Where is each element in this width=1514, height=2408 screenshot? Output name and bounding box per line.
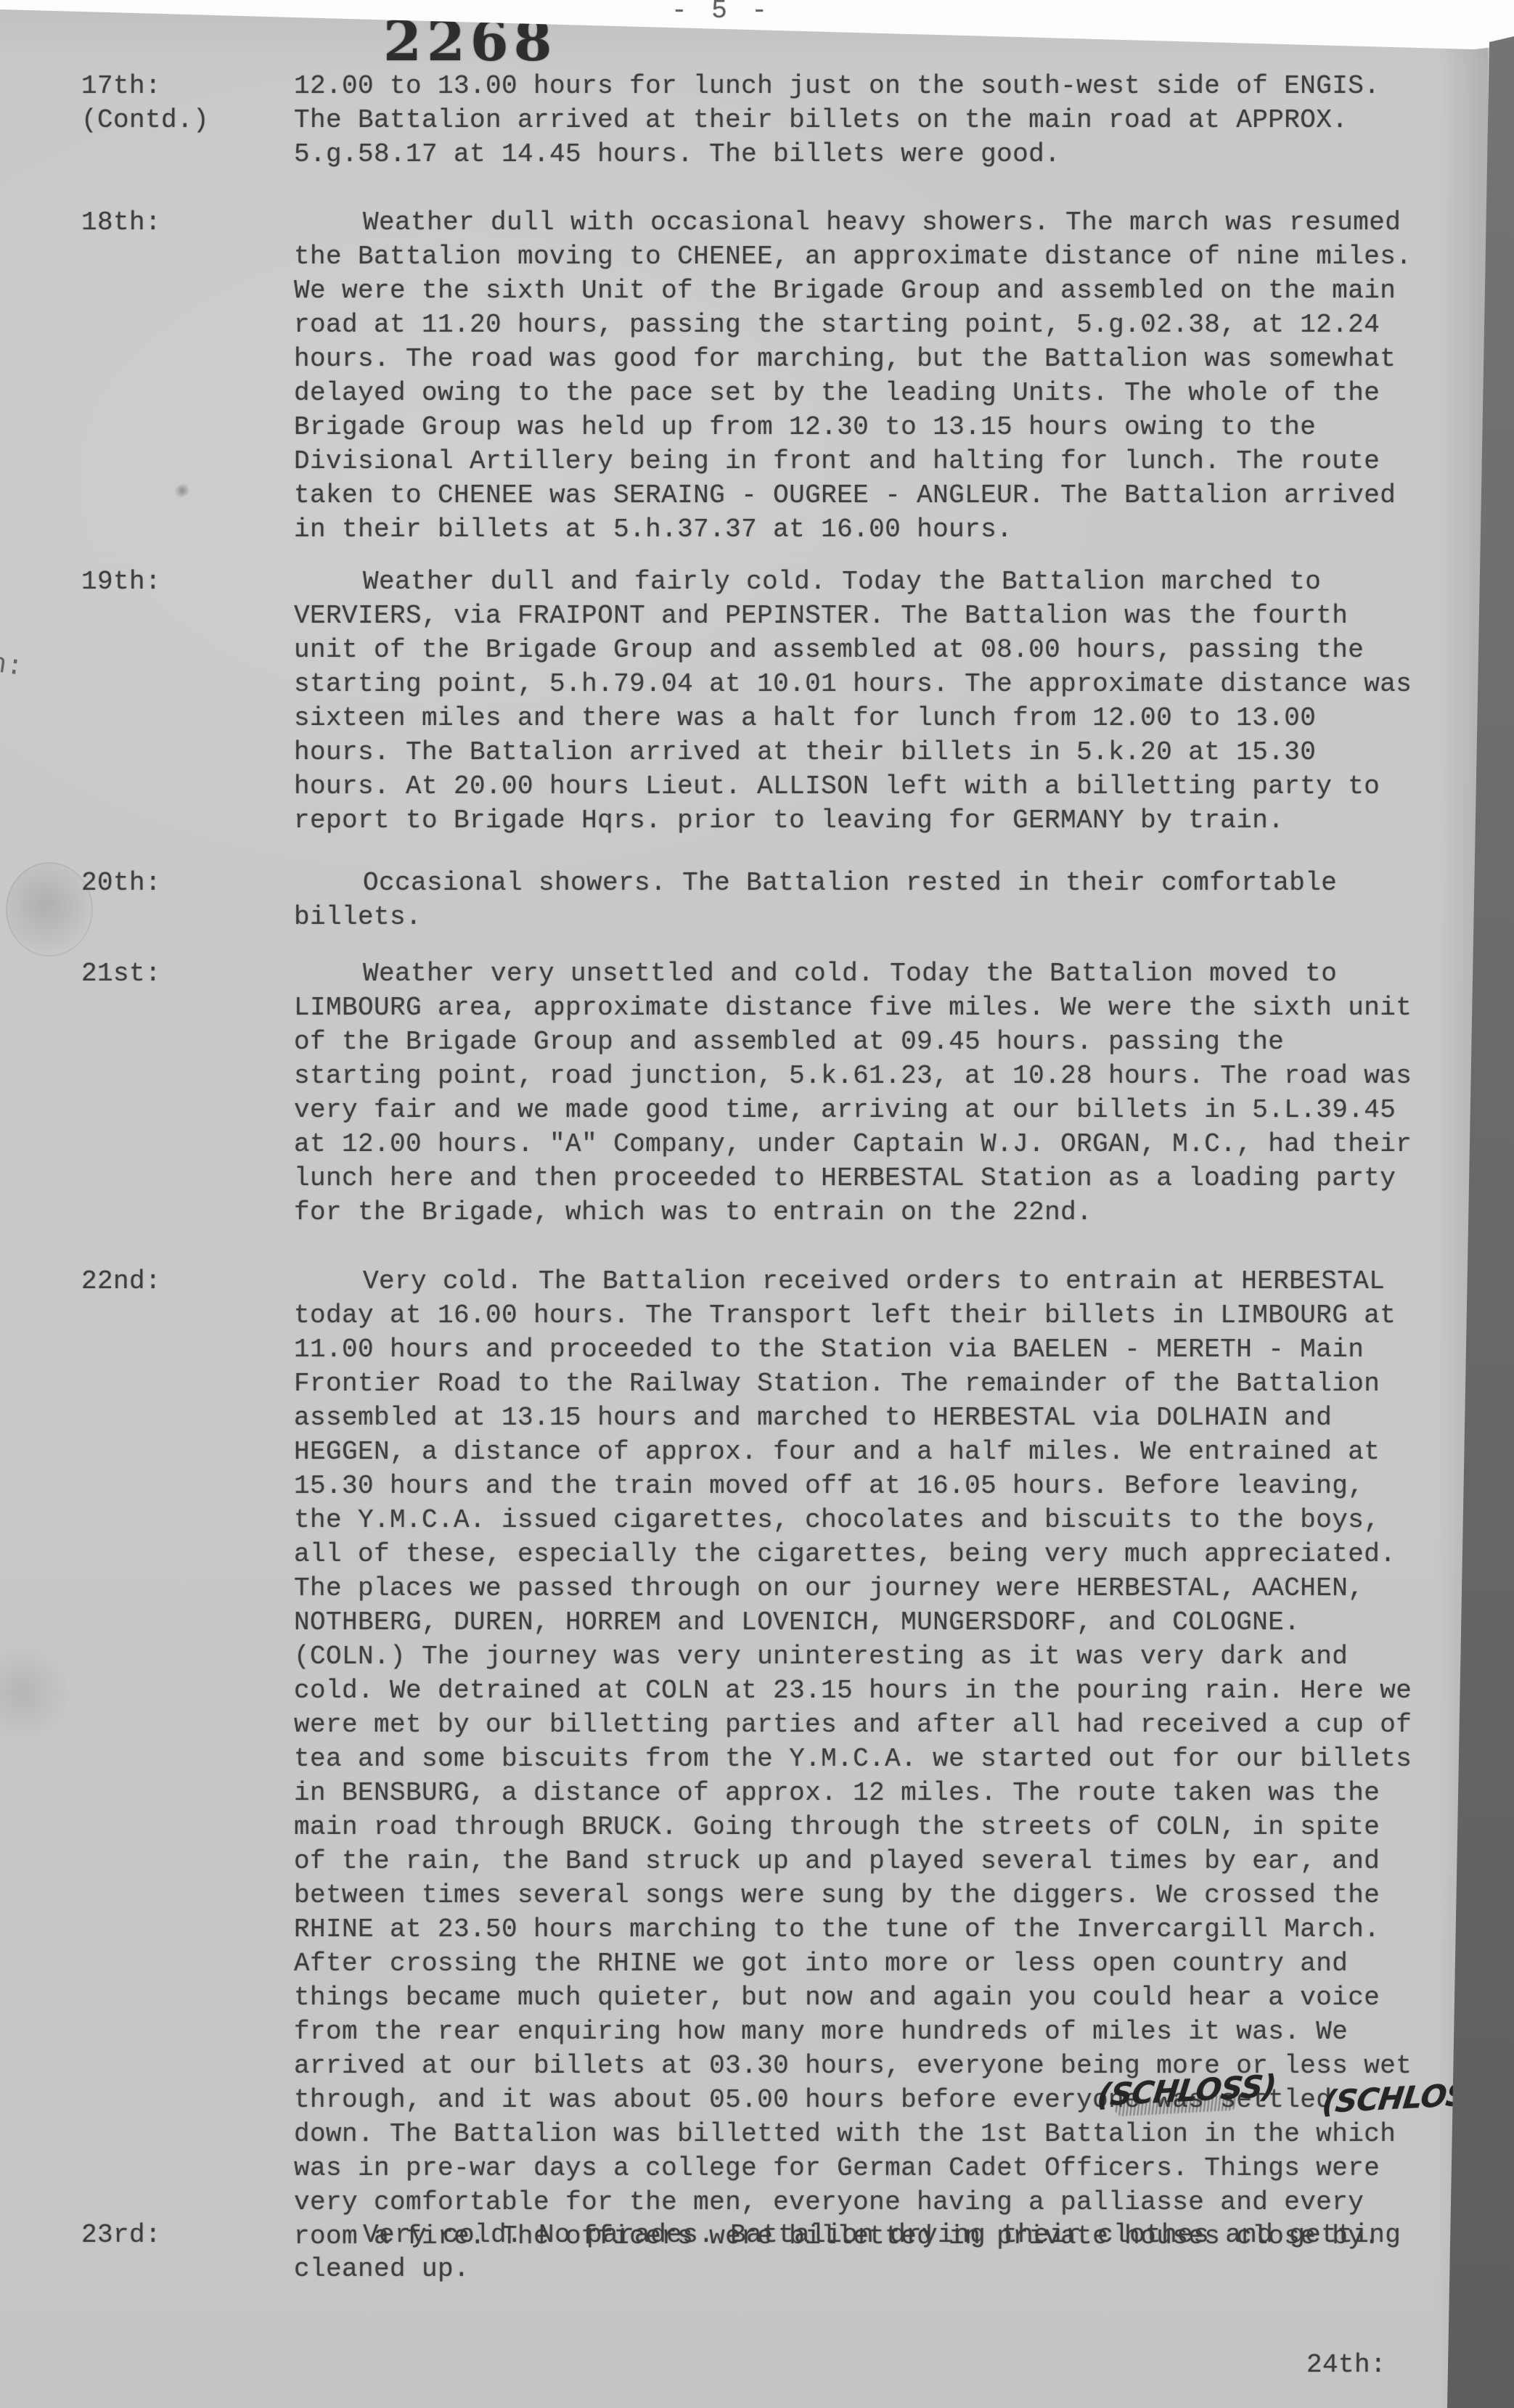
entry-date: 23rd: xyxy=(81,2218,277,2252)
entry-date: 19th: xyxy=(81,565,277,599)
entry-date: 22nd: xyxy=(81,1264,277,1298)
entry-text: Weather dull and fairly cold. Today the … xyxy=(294,565,1420,838)
entry-text: Weather very unsettled and cold. Today t… xyxy=(294,957,1420,1229)
margin-mark: h: xyxy=(0,648,25,684)
entry-text: 12.00 to 13.00 hours for lunch just on t… xyxy=(294,69,1420,171)
entry-date: 21st: xyxy=(81,957,277,991)
ink-stain xyxy=(0,1639,70,1748)
entry-text: Very cold. No parades. Battalion drying … xyxy=(294,2218,1420,2286)
scanned-war-diary-page: 2268 - 5 - h: 17th: (Contd.) 12.00 to 13… xyxy=(0,0,1514,2408)
next-page-catchword: 24th: xyxy=(1306,2350,1386,2380)
entry-date: 20th: xyxy=(81,866,277,900)
entry-date: 18th: xyxy=(81,205,277,239)
entry-date: 17th: xyxy=(81,71,161,101)
entry-date-contd: (Contd.) xyxy=(81,105,209,135)
entry-date-label: 17th: (Contd.) xyxy=(81,69,277,137)
page-number-top: - 5 - xyxy=(671,0,772,25)
entry-text: Occasional showers. The Battalion rested… xyxy=(294,866,1420,934)
ink-speck xyxy=(171,481,194,501)
ink-stain xyxy=(6,862,93,957)
entry-text: Very cold. The Battalion received orders… xyxy=(294,1264,1420,2253)
entry-text: Weather dull with occasional heavy showe… xyxy=(294,205,1420,546)
